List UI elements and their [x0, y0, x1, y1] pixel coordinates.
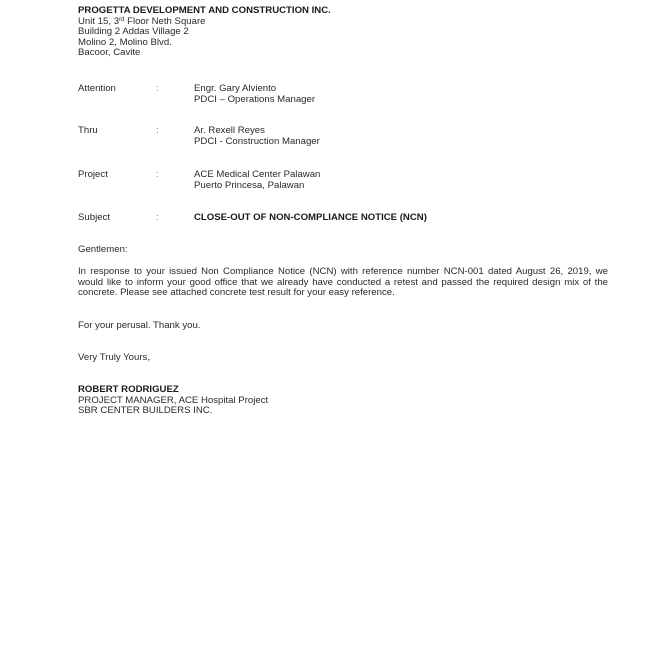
- attention-position: PDCI – Operations Manager: [194, 95, 315, 106]
- body-paragraph: In response to your issued Non Complianc…: [78, 267, 608, 299]
- closing-note: For your perusal. Thank you.: [78, 321, 200, 332]
- signatory-name: ROBERT RODRIGUEZ: [78, 385, 268, 396]
- address-line1-prefix: Unit 15, 3: [78, 16, 119, 27]
- field-label: Attention: [78, 84, 116, 95]
- thru-position: PDCI - Construction Manager: [194, 137, 320, 148]
- address-line1-suffix: Floor Neth Square: [124, 16, 205, 27]
- thru-name: Ar. Rexell Reyes: [194, 126, 320, 137]
- project-location: Puerto Princesa, Palawan: [194, 181, 320, 192]
- subject-text: CLOSE-OUT OF NON-COMPLIANCE NOTICE (NCN): [194, 213, 427, 224]
- attention-name: Engr. Gary Alviento: [194, 84, 315, 95]
- recipient-address-line4: Bacoor, Cavite: [78, 48, 331, 59]
- field-label: Thru: [78, 126, 98, 137]
- field-colon: :: [156, 126, 159, 137]
- field-colon: :: [156, 213, 159, 224]
- field-colon: :: [156, 170, 159, 181]
- signature-block: ROBERT RODRIGUEZ PROJECT MANAGER, ACE Ho…: [78, 385, 268, 417]
- signatory-company: SBR CENTER BUILDERS INC.: [78, 406, 268, 417]
- field-value: Engr. Gary Alviento PDCI – Operations Ma…: [194, 84, 315, 105]
- field-value: ACE Medical Center Palawan Puerto Prince…: [194, 170, 320, 191]
- recipient-address-block: PROGETTA DEVELOPMENT AND CONSTRUCTION IN…: [78, 6, 331, 59]
- field-label: Project: [78, 170, 108, 181]
- letter-page: PROGETTA DEVELOPMENT AND CONSTRUCTION IN…: [0, 0, 660, 660]
- valediction: Very Truly Yours,: [78, 353, 150, 364]
- salutation: Gentlemen:: [78, 245, 128, 256]
- field-value: CLOSE-OUT OF NON-COMPLIANCE NOTICE (NCN): [194, 213, 427, 224]
- field-label: Subject: [78, 213, 110, 224]
- project-name: ACE Medical Center Palawan: [194, 170, 320, 181]
- field-colon: :: [156, 84, 159, 95]
- field-value: Ar. Rexell Reyes PDCI - Construction Man…: [194, 126, 320, 147]
